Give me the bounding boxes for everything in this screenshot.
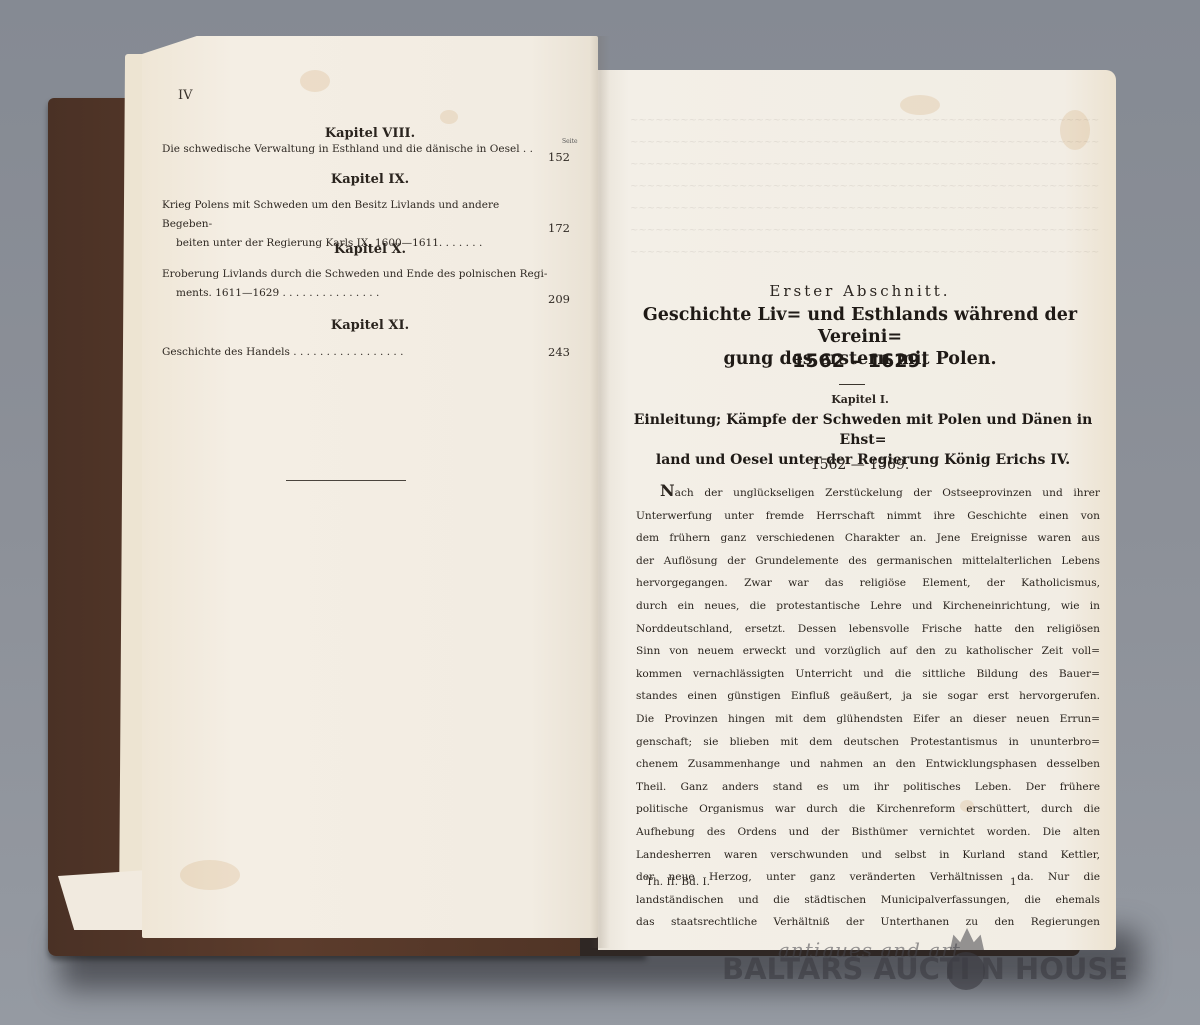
toc-page-number: 172 bbox=[548, 221, 570, 235]
foxing-stain bbox=[300, 70, 330, 92]
body-line: durch ein neues, die protestantische Leh… bbox=[636, 595, 1100, 618]
foxing-stain bbox=[440, 110, 458, 124]
body-line: der Auflösung der Grundelemente des germ… bbox=[636, 550, 1100, 573]
toc-chapter-heading: Kapitel XI. bbox=[160, 318, 580, 333]
toc-page-number: 209 bbox=[548, 292, 570, 306]
section-label: Erster Abschnitt. bbox=[600, 282, 1120, 300]
body-line: landständischen und die städtischen Muni… bbox=[636, 889, 1100, 912]
toc-entry-line: Eroberung Livlands durch die Schweden un… bbox=[162, 265, 552, 284]
footer-signature-mark: Th. II. Bd. I. bbox=[646, 876, 710, 888]
bleed-through-text: ~~~~~~~~~~~~~~~~~~~~~~~~~~~~~~~~~~~~~~~~… bbox=[630, 110, 1100, 280]
section-title-line: Geschichte Liv= und Esthlands während de… bbox=[620, 304, 1100, 348]
body-line: politische Organismus war durch die Kirc… bbox=[636, 798, 1100, 821]
toc-entry: Die schwedische Verwaltung in Esthland u… bbox=[162, 140, 552, 159]
body-line: chenem Zusammenhange und nahmen an den E… bbox=[636, 753, 1100, 776]
body-line: das staatsrechtliche Verhältniß der Unte… bbox=[636, 911, 1100, 934]
chapter-title-line: Einleitung; Kämpfe der Schweden mit Pole… bbox=[628, 410, 1098, 450]
drop-cap: N bbox=[660, 481, 675, 500]
toc-chapter-heading: Kapitel VIII. bbox=[160, 126, 580, 141]
toc-entry-line: Die schwedische Verwaltung in Esthland u… bbox=[162, 140, 552, 159]
toc-entry-line: Krieg Polens mit Schweden um den Besitz … bbox=[162, 196, 552, 234]
body-line: genschaft; sie blieben mit dem deutschen… bbox=[636, 731, 1100, 754]
footer-page-number: 1 bbox=[1010, 876, 1017, 888]
toc-entry: Geschichte des Handels . . . . . . . . .… bbox=[162, 343, 552, 362]
toc-entry: Eroberung Livlands durch die Schweden un… bbox=[162, 265, 552, 303]
body-line: Landesherren waren verschwunden und selb… bbox=[636, 844, 1100, 867]
body-line: kommen vernachlässigten Unterricht und d… bbox=[636, 663, 1100, 686]
chapter-years: 1562 — 1569. bbox=[600, 457, 1120, 473]
toc-entry-line: ments. 1611—1629 . . . . . . . . . . . .… bbox=[162, 284, 552, 303]
body-line: Aufhebung des Ordens und der Bisthümer v… bbox=[636, 821, 1100, 844]
body-text: Nach der unglückseligen Zerstückelung de… bbox=[636, 480, 1100, 934]
book-gutter bbox=[590, 36, 610, 948]
toc-chapter-heading: Kapitel X. bbox=[160, 242, 580, 257]
body-line: Unterwerfung unter fremde Herrschaft nim… bbox=[636, 505, 1100, 528]
short-rule bbox=[839, 384, 865, 385]
seite-label: Seite bbox=[562, 138, 578, 145]
body-line: standes einen günstigen Einfluß geäußert… bbox=[636, 685, 1100, 708]
toc-chapter-heading: Kapitel IX. bbox=[160, 172, 580, 187]
page-number-roman: IV bbox=[178, 88, 193, 103]
body-line: Nach der unglückseligen Zerstückelung de… bbox=[636, 480, 1100, 505]
end-of-toc-rule bbox=[286, 480, 406, 481]
section-years: 1562 – 1629. bbox=[600, 350, 1120, 372]
body-line: hervorgegangen. Zwar war das religiöse E… bbox=[636, 572, 1100, 595]
toc-page-number: 243 bbox=[548, 345, 570, 359]
body-line: dem frühern ganz verschiedenen Charakter… bbox=[636, 527, 1100, 550]
toc-entry-line: Geschichte des Handels . . . . . . . . .… bbox=[162, 343, 552, 362]
body-line: Die Provinzen hingen mit dem glühendsten… bbox=[636, 708, 1100, 731]
body-line: Theil. Ganz anders stand es um ihr polit… bbox=[636, 776, 1100, 799]
chapter-label: Kapitel I. bbox=[600, 393, 1120, 406]
body-line: Sinn von neuem erweckt und vorzüglich au… bbox=[636, 640, 1100, 663]
watermark-name: BALTARS AUCTI N HOUSE bbox=[722, 952, 1128, 986]
toc-page-number: 152 bbox=[548, 150, 570, 164]
foxing-stain bbox=[180, 860, 240, 890]
body-line: Norddeutschland, ersetzt. Dessen lebensv… bbox=[636, 618, 1100, 641]
